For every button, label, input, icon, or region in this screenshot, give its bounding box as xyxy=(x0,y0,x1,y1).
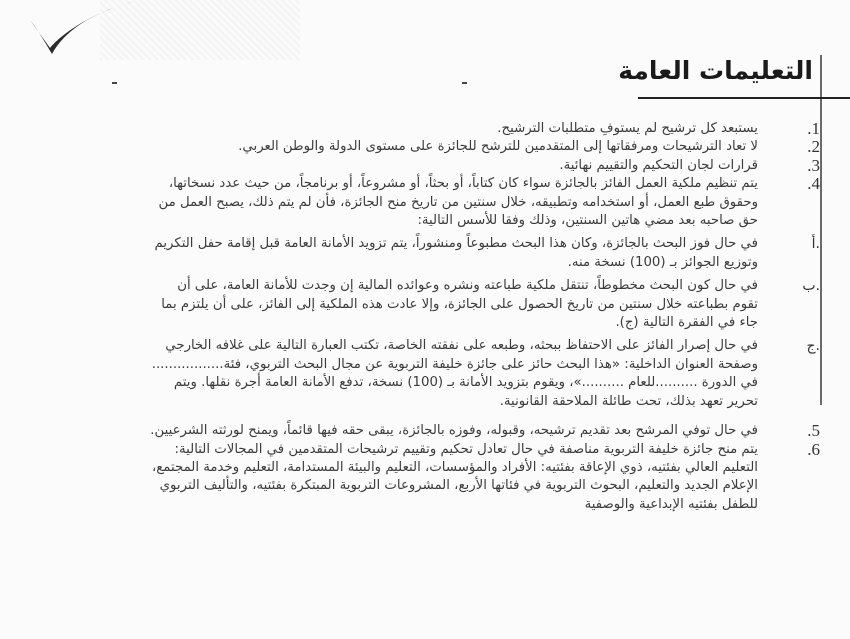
item-number: .4 xyxy=(758,175,820,193)
title-underline xyxy=(638,97,850,99)
text-line: قرارات لجان التحكيم والتقييم نهائية. xyxy=(0,157,758,175)
text-line: لا تعاد الترشيحات ومرفقاتها إلى المتقدمي… xyxy=(0,138,758,156)
sub-item-a: أ. في حال فوز البحث بالجائزة، وكان هذا ا… xyxy=(0,235,820,272)
item-letter: أ. xyxy=(758,235,820,253)
page-title: التعليمات العامة xyxy=(618,56,813,85)
text-line: وحقوق طبع العمل، أو استخدامه وتطبيقه، خل… xyxy=(0,194,758,212)
item-text: يتم منح جائزة خليفة التربوية مناصفة في ح… xyxy=(0,441,758,459)
list-item-3: .3 قرارات لجان التحكيم والتقييم نهائية. xyxy=(0,157,820,175)
item-number: .1 xyxy=(758,120,820,138)
text-line: للطفل بفئتيه الإبداعية والوصفية xyxy=(0,496,758,514)
item-text: في حال كون البحث مخطوطاً، تنتقل ملكية طب… xyxy=(0,277,758,332)
checkmark-icon xyxy=(28,0,143,60)
list-item-2: .2 لا تعاد الترشيحات ومرفقاتها إلى المتق… xyxy=(0,138,820,156)
item-text: قرارات لجان التحكيم والتقييم نهائية. xyxy=(0,157,758,175)
text-line: يتم منح جائزة خليفة التربوية مناصفة في ح… xyxy=(0,441,758,459)
list-item-4: .4 يتم تنظيم ملكية العمل الفائز بالجائزة… xyxy=(0,175,820,230)
text-line: جاء في الفقرة التالية (ج). xyxy=(0,314,758,332)
text-line: يستبعد كل ترشيح لم يستوفِ متطلبات الترشي… xyxy=(0,120,758,138)
list-item-6: .6 يتم منح جائزة خليفة التربوية مناصفة ف… xyxy=(0,441,820,459)
text-line: في حال توفي المرشح بعد تقديم ترشيحه، وقب… xyxy=(0,422,758,440)
stray-mark xyxy=(462,82,467,84)
item-text: يستبعد كل ترشيح لم يستوفِ متطلبات الترشي… xyxy=(0,120,758,138)
margin-rule xyxy=(820,55,822,405)
item-text: لا تعاد الترشيحات ومرفقاتها إلى المتقدمي… xyxy=(0,138,758,156)
sub-item-b: ب. في حال كون البحث مخطوطاً، تنتقل ملكية… xyxy=(0,277,820,332)
list-item-5: .5 في حال توفي المرشح بعد تقديم ترشيحه، … xyxy=(0,422,820,440)
item-number: .2 xyxy=(758,138,820,156)
item-letter: ج. xyxy=(758,337,820,355)
text-line: في حال إصرار الفائز على الاحتفاظ ببحثه، … xyxy=(0,337,758,355)
stray-mark xyxy=(112,82,117,84)
award-fields-paragraph: التعليم العالي بفئتيه، ذوي الإعاقة بفئتي… xyxy=(0,459,758,514)
text-line: الإعلام الجديد والتعليم، البحوث التربوية… xyxy=(0,477,758,495)
text-line: في حال كون البحث مخطوطاً، تنتقل ملكية طب… xyxy=(0,277,758,295)
text-line: التعليم العالي بفئتيه، ذوي الإعاقة بفئتي… xyxy=(0,459,758,477)
item-text: يتم تنظيم ملكية العمل الفائز بالجائزة سو… xyxy=(0,175,758,230)
item-text: في حال فوز البحث بالجائزة، وكان هذا البح… xyxy=(0,235,758,272)
item-number: .5 xyxy=(758,422,820,440)
item-number: .6 xyxy=(758,441,820,459)
text-line: حق صاحبه بعد مضي هاتين السنتين، وذلك وفق… xyxy=(0,212,758,230)
item-letter: ب. xyxy=(758,277,820,295)
list-item-1: .1 يستبعد كل ترشيح لم يستوفِ متطلبات الت… xyxy=(0,120,820,138)
text-line: تحرير تعهد بذلك، تحت طائلة الملاحقة القا… xyxy=(0,393,758,411)
sub-item-c: ج. في حال إصرار الفائز على الاحتفاظ ببحث… xyxy=(0,337,820,411)
text-line: يتم تنظيم ملكية العمل الفائز بالجائزة سو… xyxy=(0,175,758,193)
item-number: .3 xyxy=(758,157,820,175)
text-line: وتوزيع الجوائز بـ (100) نسخة منه. xyxy=(0,254,758,272)
item-text: في حال إصرار الفائز على الاحتفاظ ببحثه، … xyxy=(0,337,758,411)
instructions-list: .1 يستبعد كل ترشيح لم يستوفِ متطلبات الت… xyxy=(0,120,820,514)
item-text: في حال توفي المرشح بعد تقديم ترشيحه، وقب… xyxy=(0,422,758,440)
text-line: تقوم بطباعته خلال سنتين من تاريخ الحصول … xyxy=(0,296,758,314)
text-line: في الدورة ..........للعام ..........»، و… xyxy=(0,374,758,392)
text-line: وصفحة العنوان الداخلية: «هذا البحث حائز … xyxy=(0,356,758,374)
text-line: في حال فوز البحث بالجائزة، وكان هذا البح… xyxy=(0,235,758,253)
